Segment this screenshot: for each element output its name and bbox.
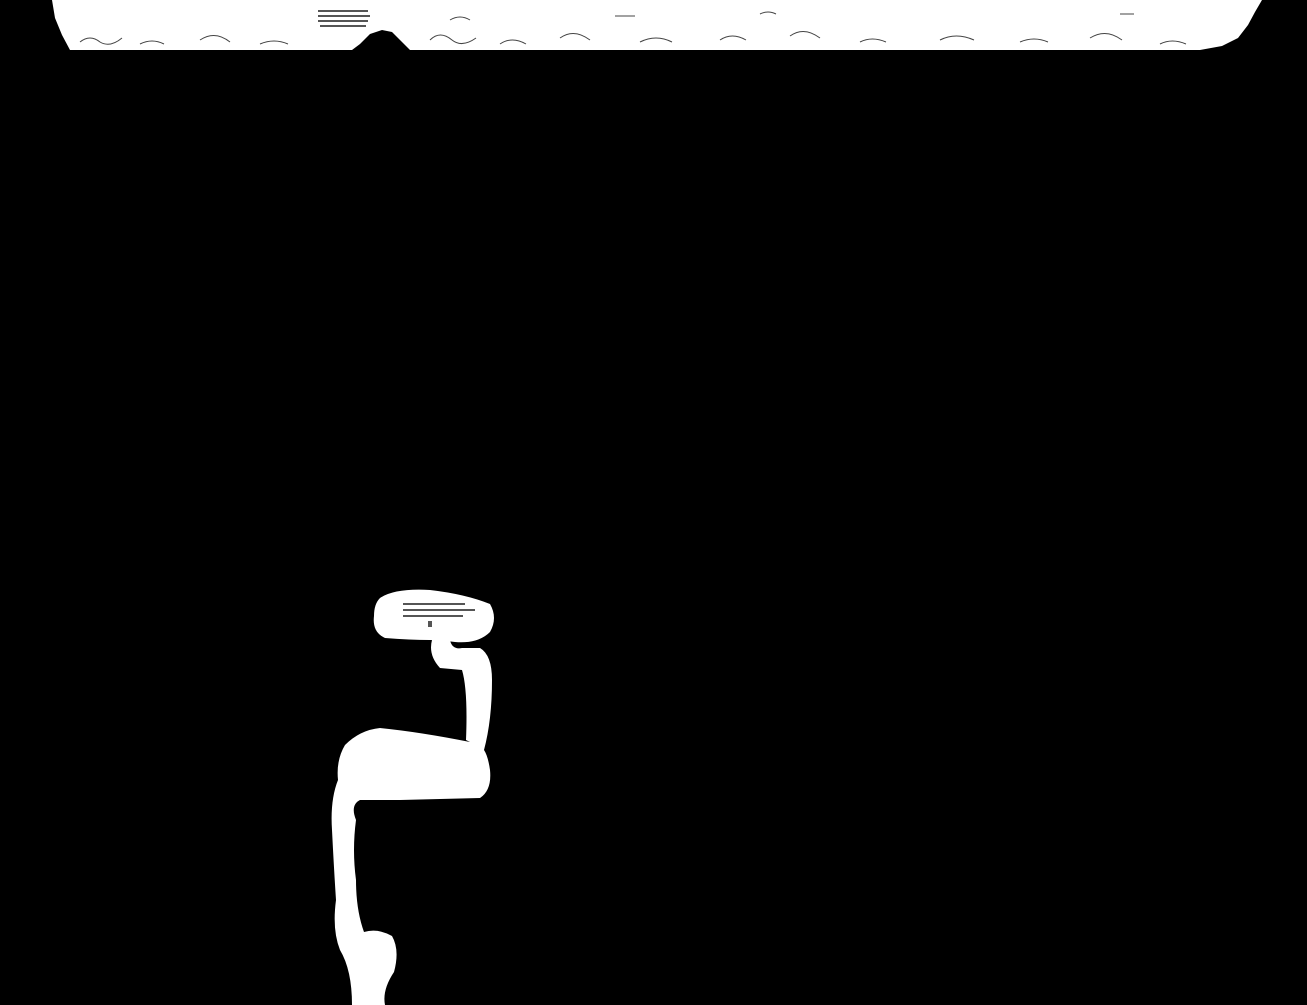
top-band xyxy=(52,0,1262,50)
background xyxy=(0,0,1307,1005)
scene xyxy=(0,0,1307,1005)
